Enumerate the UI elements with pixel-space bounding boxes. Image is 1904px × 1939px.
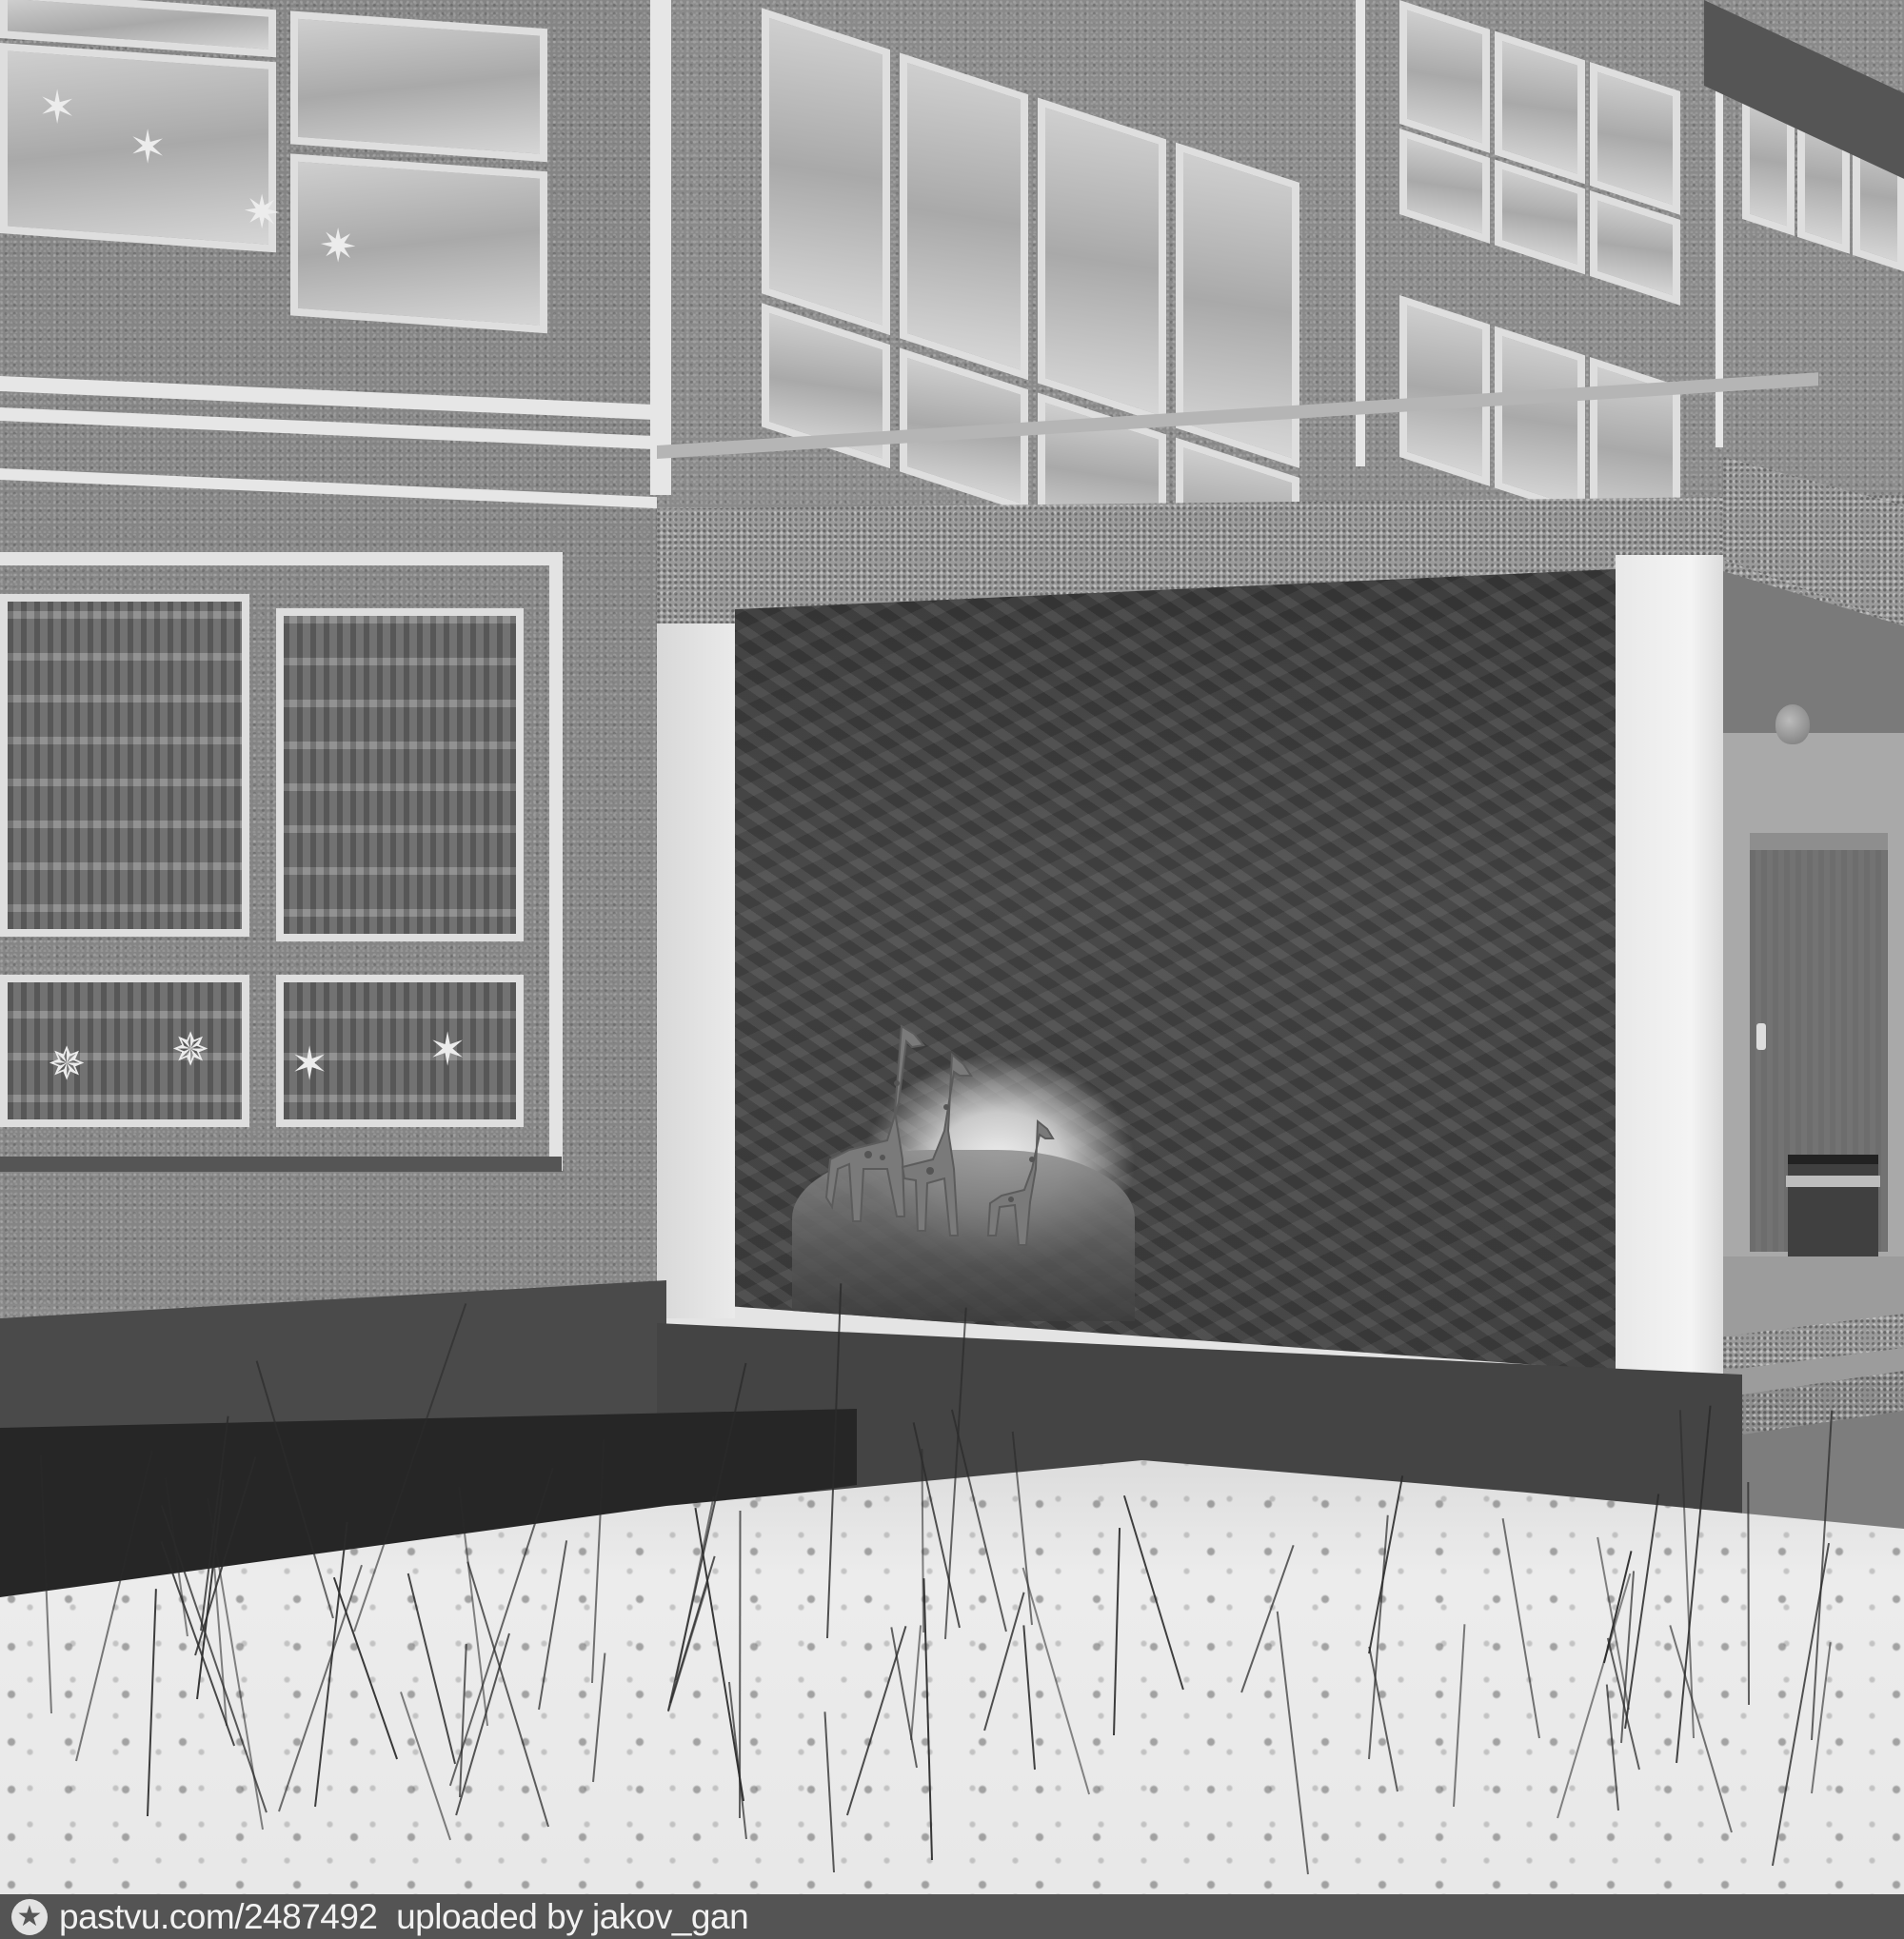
snowflake-decoration-icon: ✷	[243, 188, 281, 237]
snowflake-decoration-icon: ✶	[38, 84, 76, 132]
window-pane	[1495, 326, 1585, 517]
window-pane	[1038, 97, 1166, 425]
vertical-trim-strip	[1356, 0, 1365, 466]
snowflake-decoration-icon: ✶	[129, 123, 167, 171]
window-pane-curtain	[0, 594, 249, 937]
vertical-trim-strip	[650, 0, 671, 495]
window-pane	[900, 52, 1028, 380]
white-pillar	[657, 623, 735, 1318]
giraffes-painting	[811, 1017, 1097, 1264]
snowflake-decoration-icon: ✵	[48, 1041, 86, 1087]
window-pane-curtain	[0, 975, 249, 1127]
waste-bin-rim	[1786, 1176, 1880, 1187]
window-pane	[1399, 295, 1490, 486]
snowflake-decoration-icon: ✶	[428, 1027, 466, 1073]
snowflake-decoration-icon: ✷	[319, 222, 357, 270]
window-pane	[762, 8, 890, 335]
weed-stalk	[1747, 1482, 1750, 1705]
white-pillar	[1616, 555, 1723, 1412]
watermark-uploader	[378, 1897, 397, 1937]
pastvu-star-logo-icon[interactable]: ★	[11, 1899, 48, 1935]
ceiling-lamp-icon	[1775, 704, 1810, 744]
window-upper-left: ✶ ✶ ✷ ✷	[0, 0, 566, 406]
window-pane	[290, 10, 547, 162]
watermark-uploader-text: uploaded by jakov_gan	[396, 1897, 748, 1937]
window-sill	[0, 1157, 562, 1172]
giraffe-mural	[735, 569, 1616, 1371]
waste-bin	[1788, 1155, 1878, 1259]
watermark-url[interactable]: pastvu.com/2487492	[59, 1897, 378, 1937]
snowflake-decoration-icon: ✶	[290, 1041, 328, 1087]
door-handle-icon[interactable]	[1756, 1023, 1766, 1050]
window-pane-curtain	[276, 608, 524, 941]
snowflake-decoration-icon: ✵	[171, 1027, 209, 1073]
window-lower-left: ✵ ✵ ✶ ✶	[0, 552, 563, 1171]
watermark-bar: ★ pastvu.com/2487492 uploaded by jakov_g…	[0, 1894, 1904, 1939]
